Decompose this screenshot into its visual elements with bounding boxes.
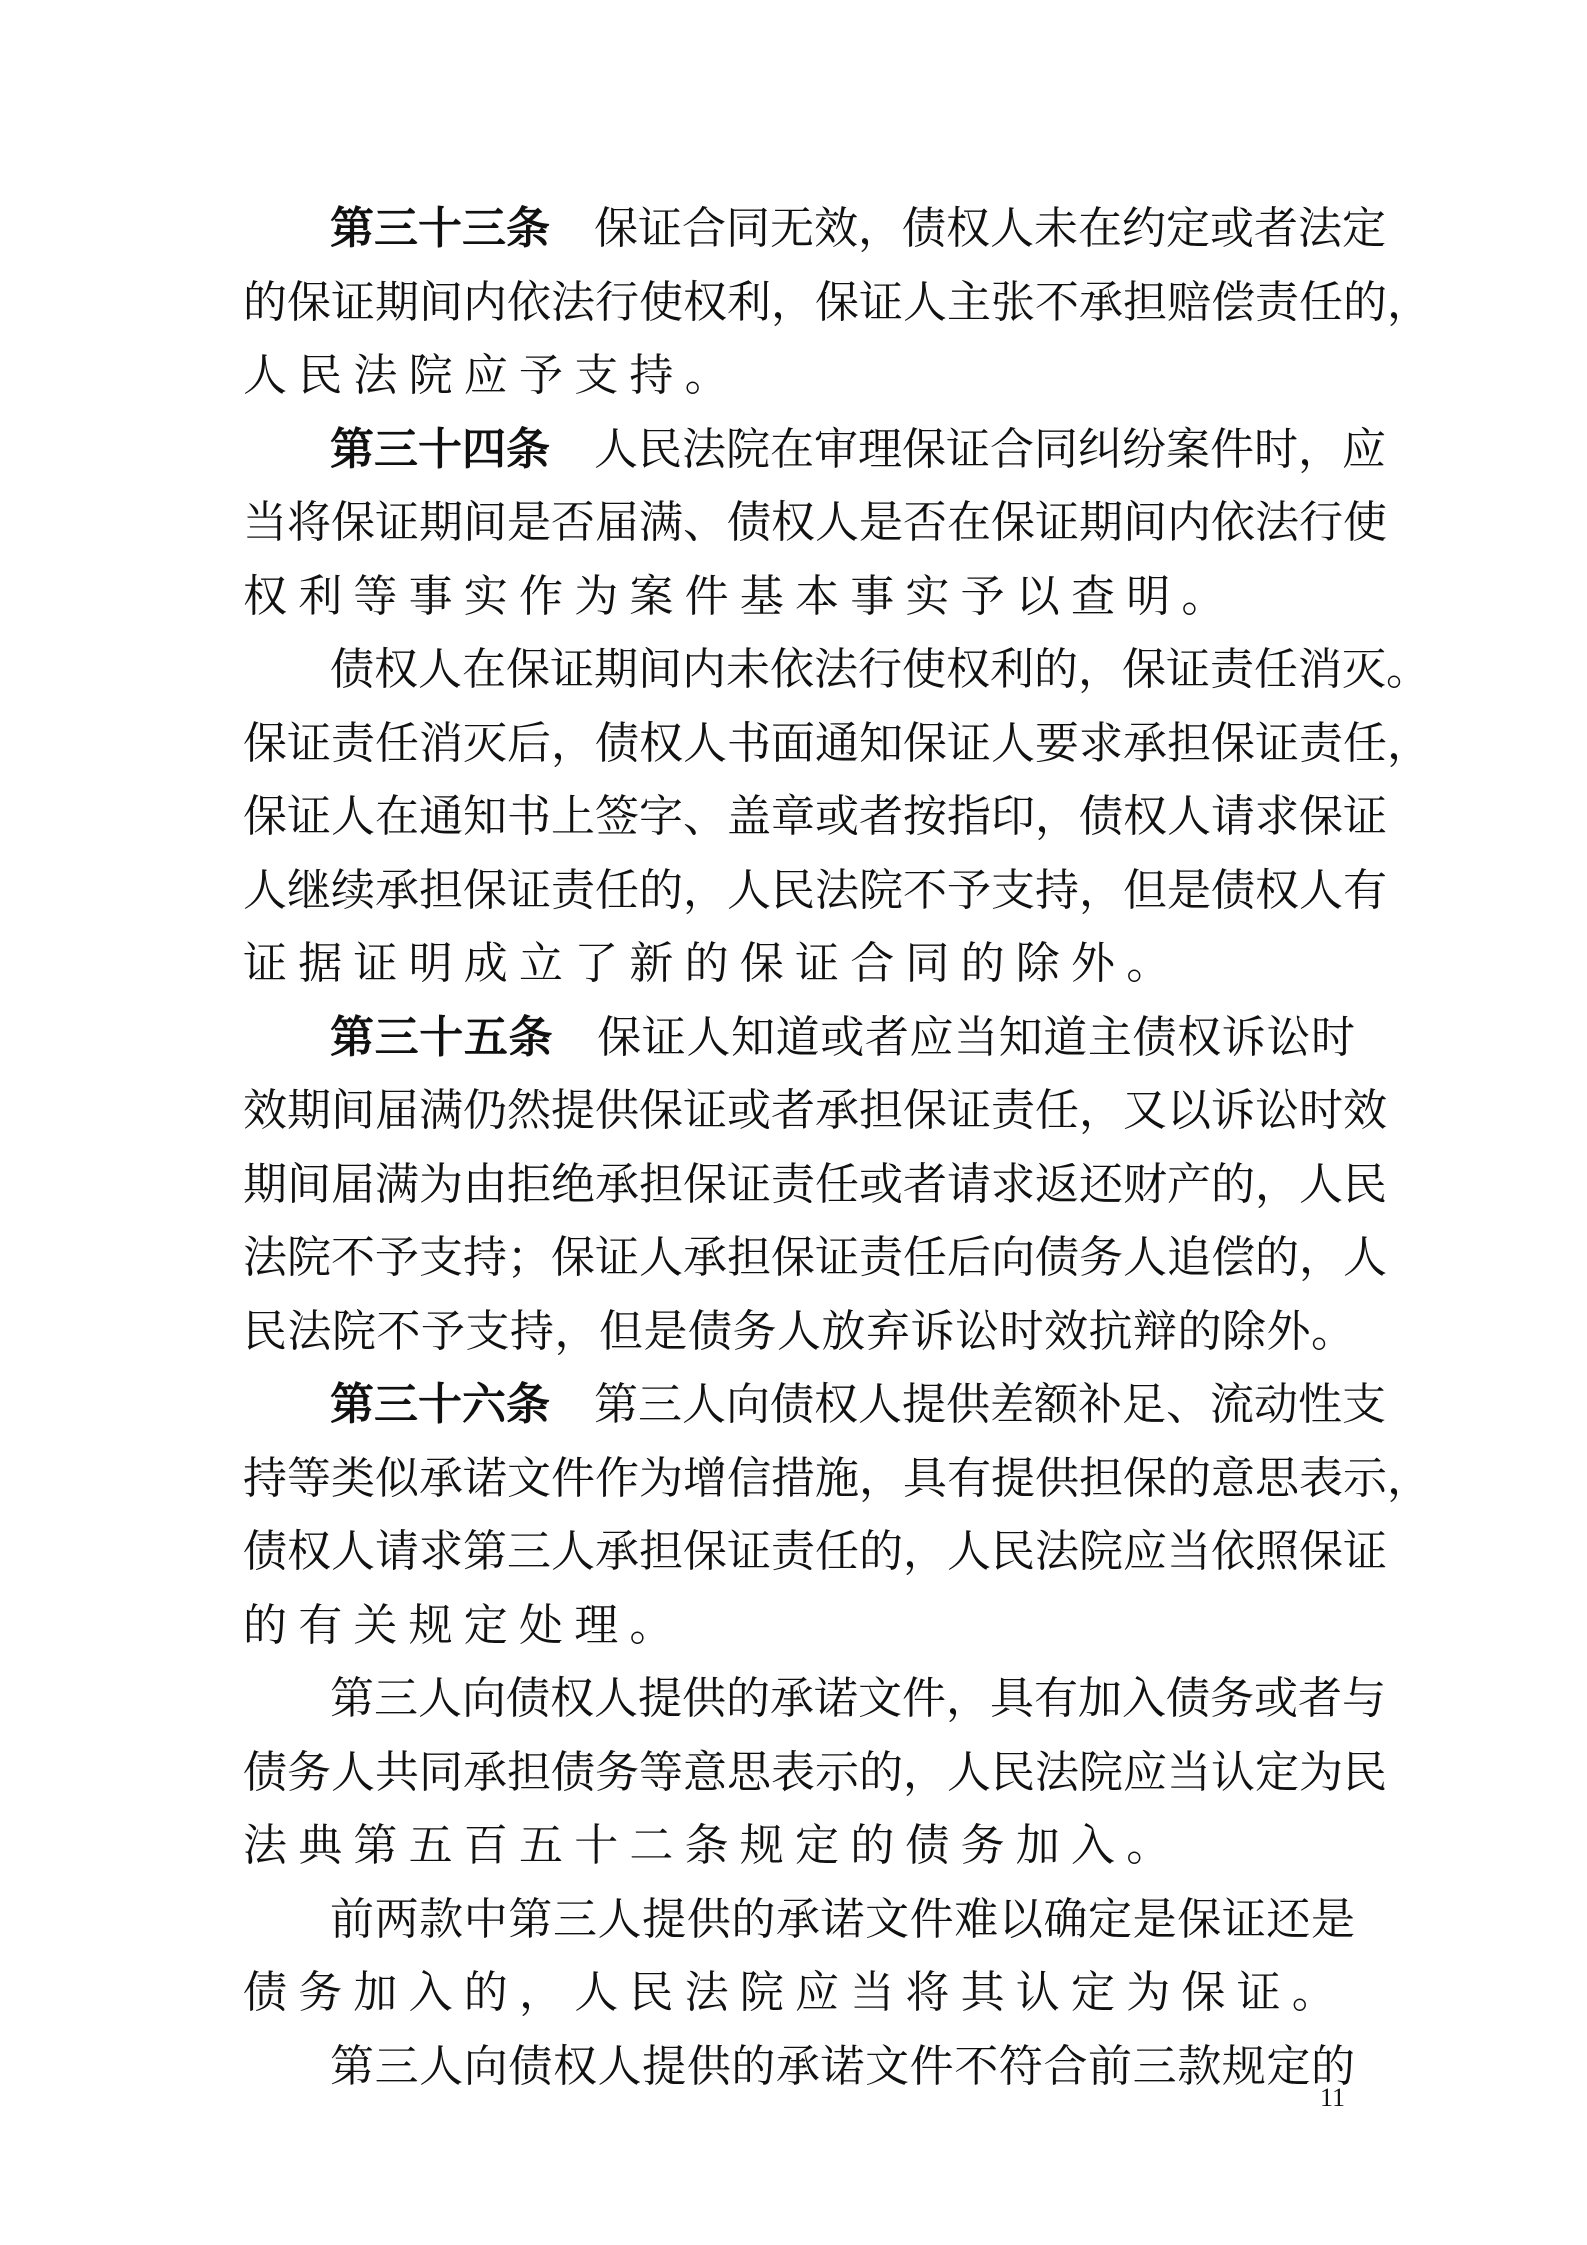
line-text: 民法院不予支持，但是债务人放弃诉讼时效抗辩的除外。 xyxy=(243,1306,1355,1357)
text-line: 民法院不予支持，但是债务人放弃诉讼时效抗辩的除外。 xyxy=(243,1293,1355,1371)
text-line: 期间届满为由拒绝承担保证责任或者请求返还财产的，人民 xyxy=(243,1146,1355,1224)
article-number: 第三十五条 xyxy=(330,1012,553,1063)
text-line: 债务加入的，人民法院应当将其认定为保证。 xyxy=(243,1954,1355,2032)
line-text: 保证合同无效，债权人未在约定或者法定 xyxy=(594,203,1386,254)
article-number: 第三十六条 xyxy=(330,1379,550,1430)
line-text: 法院不予支持；保证人承担保证责任后向债务人追偿的，人 xyxy=(243,1232,1387,1283)
text-line: 当将保证期间是否届满、债权人是否在保证期间内依法行使 xyxy=(243,484,1355,562)
text-line: 债权人在保证期间内未依法行使权利的，保证责任消灭。 xyxy=(330,631,1355,709)
text-line: 人民法院应予支持。 xyxy=(243,337,1355,415)
line-text: 人继续承担保证责任的，人民法院不予支持，但是债权人有 xyxy=(243,865,1387,916)
line-text: 债权人在保证期间内未依法行使权利的，保证责任消灭。 xyxy=(330,644,1430,695)
article-heading-line: 第三十六条第三人向债权人提供差额补足、流动性支 xyxy=(330,1366,1355,1444)
line-text: 债权人请求第三人承担保证责任的，人民法院应当依照保证 xyxy=(243,1526,1387,1577)
line-text: 第三人向债权人提供的承诺文件不符合前三款规定的 xyxy=(330,2041,1355,2092)
text-line: 前两款中第三人提供的承诺文件难以确定是保证还是 xyxy=(330,1881,1355,1959)
text-line: 人继续承担保证责任的，人民法院不予支持，但是债权人有 xyxy=(243,852,1355,930)
text-line: 债务人共同承担债务等意思表示的，人民法院应当认定为民 xyxy=(243,1734,1355,1812)
line-text: 的保证期间内依法行使权利，保证人主张不承担赔偿责任的， xyxy=(243,277,1431,328)
line-text: 的有关规定处理。 xyxy=(243,1600,685,1651)
line-text: 证据证明成立了新的保证合同的除外。 xyxy=(243,938,1181,989)
text-line: 效期间届满仍然提供保证或者承担保证责任，又以诉讼时效 xyxy=(243,1072,1355,1150)
text-line: 保证责任消灭后，债权人书面通知保证人要求承担保证责任， xyxy=(243,705,1355,783)
line-text: 期间届满为由拒绝承担保证责任或者请求返还财产的，人民 xyxy=(243,1159,1387,1210)
article-number: 第三十四条 xyxy=(330,424,550,475)
line-text: 保证责任消灭后，债权人书面通知保证人要求承担保证责任， xyxy=(243,718,1431,769)
text-line: 权利等事实作为案件基本事实予以查明。 xyxy=(243,558,1355,636)
document-page: 第三十三条保证合同无效，债权人未在约定或者法定的保证期间内依法行使权利，保证人主… xyxy=(0,0,1587,2245)
line-text: 前两款中第三人提供的承诺文件难以确定是保证还是 xyxy=(330,1894,1355,1945)
line-text: 债务加入的，人民法院应当将其认定为保证。 xyxy=(243,1967,1347,2018)
text-line: 证据证明成立了新的保证合同的除外。 xyxy=(243,925,1355,1003)
text-line: 法典第五百五十二条规定的债务加入。 xyxy=(243,1807,1355,1885)
article-heading-line: 第三十三条保证合同无效，债权人未在约定或者法定 xyxy=(330,190,1355,268)
text-line: 第三人向债权人提供的承诺文件，具有加入债务或者与 xyxy=(330,1660,1355,1738)
text-line: 第三人向债权人提供的承诺文件不符合前三款规定的 xyxy=(330,2028,1355,2106)
line-text: 保证人知道或者应当知道主债权诉讼时 xyxy=(597,1012,1355,1063)
text-line: 保证人在通知书上签字、盖章或者按指印，债权人请求保证 xyxy=(243,778,1355,856)
text-line: 的有关规定处理。 xyxy=(243,1587,1355,1665)
article-heading-line: 第三十五条保证人知道或者应当知道主债权诉讼时 xyxy=(330,999,1355,1077)
line-text: 持等类似承诺文件作为增信措施，具有提供担保的意思表示， xyxy=(243,1453,1431,1504)
line-text: 第三人向债权人提供的承诺文件，具有加入债务或者与 xyxy=(330,1673,1386,1724)
text-line: 法院不予支持；保证人承担保证责任后向债务人追偿的，人 xyxy=(243,1219,1355,1297)
text-line: 的保证期间内依法行使权利，保证人主张不承担赔偿责任的， xyxy=(243,264,1355,342)
line-text: 债务人共同承担债务等意思表示的，人民法院应当认定为民 xyxy=(243,1747,1387,1798)
article-heading-line: 第三十四条人民法院在审理保证合同纠纷案件时，应 xyxy=(330,411,1355,489)
line-text: 保证人在通知书上签字、盖章或者按指印，债权人请求保证 xyxy=(243,791,1387,842)
article-number: 第三十三条 xyxy=(330,203,550,254)
line-text: 人民法院在审理保证合同纠纷案件时，应 xyxy=(594,424,1386,475)
text-line: 持等类似承诺文件作为增信措施，具有提供担保的意思表示， xyxy=(243,1440,1355,1518)
line-text: 法典第五百五十二条规定的债务加入。 xyxy=(243,1820,1181,1871)
line-text: 人民法院应予支持。 xyxy=(243,350,740,401)
text-line: 债权人请求第三人承担保证责任的，人民法院应当依照保证 xyxy=(243,1513,1355,1591)
line-text: 第三人向债权人提供差额补足、流动性支 xyxy=(594,1379,1386,1430)
line-text: 当将保证期间是否届满、债权人是否在保证期间内依法行使 xyxy=(243,497,1387,548)
line-text: 效期间届满仍然提供保证或者承担保证责任，又以诉讼时效 xyxy=(243,1085,1387,1136)
page-number: 11 xyxy=(1320,2083,1345,2113)
line-text: 权利等事实作为案件基本事实予以查明。 xyxy=(243,571,1237,622)
